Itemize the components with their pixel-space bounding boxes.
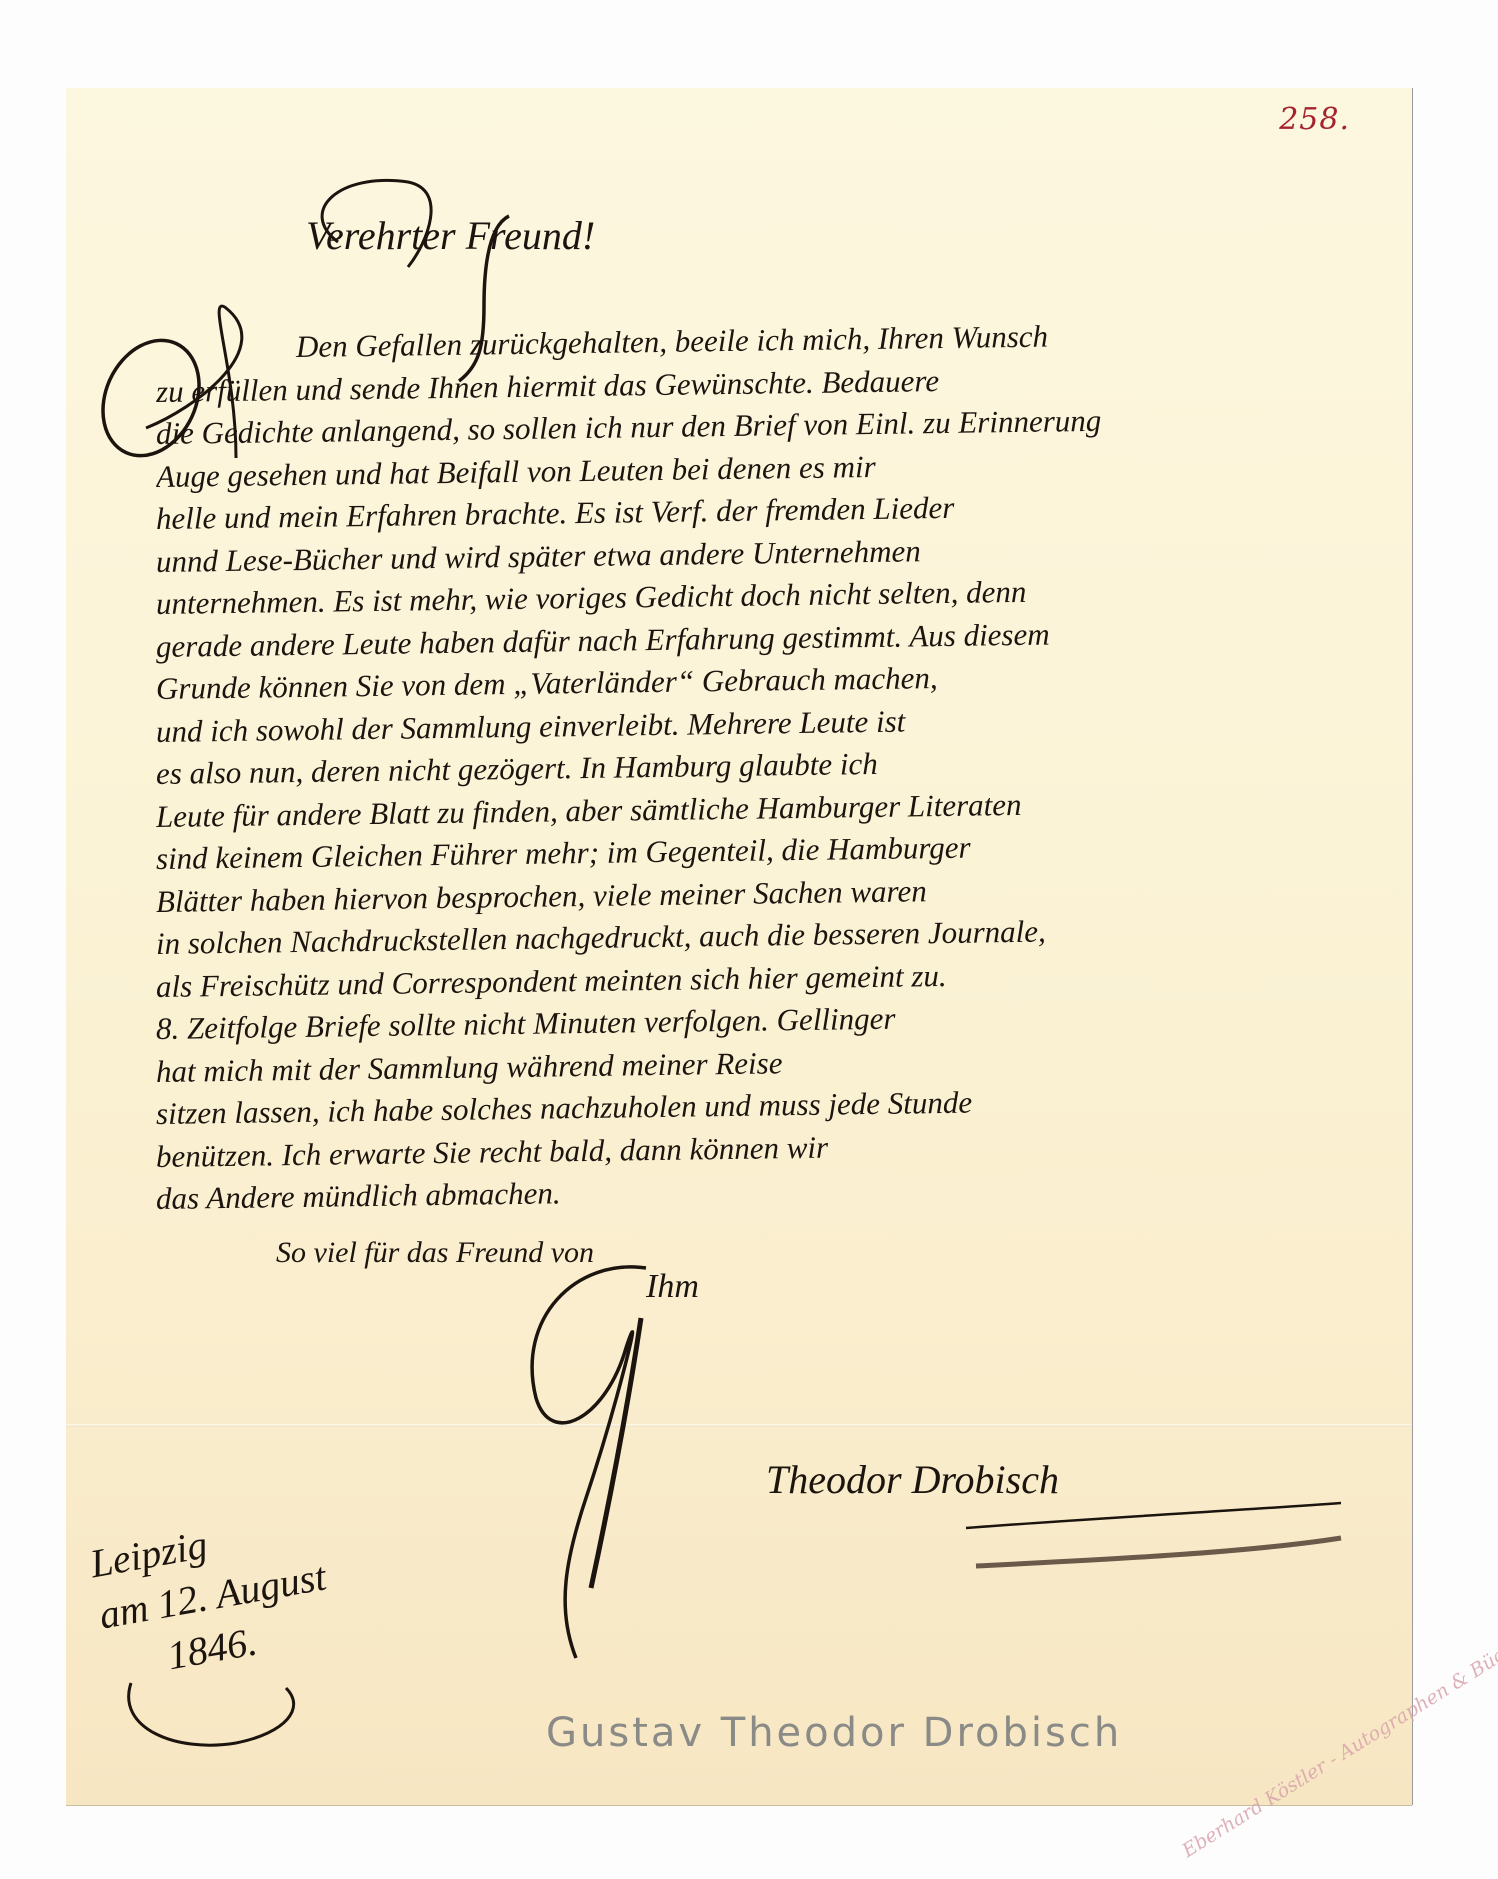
pencil-annotation: Gustav Theodor Drobisch [546, 1710, 1122, 1756]
page-number: 258. [1279, 102, 1350, 137]
closing-i-flourish-icon [496, 1258, 696, 1678]
salutation: Verehrter Freund! [306, 212, 595, 259]
closing-word: Ihm [646, 1268, 699, 1306]
signature-underline-icon [946, 1498, 1346, 1578]
letter-body: Den Gefallen zurückgehalten, beeile ich … [156, 328, 1396, 1221]
date-underline-flourish-icon [116, 1678, 316, 1758]
place-and-date: Leipzig am 12. August 1846. [86, 1499, 339, 1692]
signature: Theodor Drobisch [766, 1456, 1059, 1503]
fold-line [66, 1424, 1412, 1427]
letter-sheet: 258. Verehrter Freund! Den Gefallen zurü… [66, 88, 1412, 1805]
